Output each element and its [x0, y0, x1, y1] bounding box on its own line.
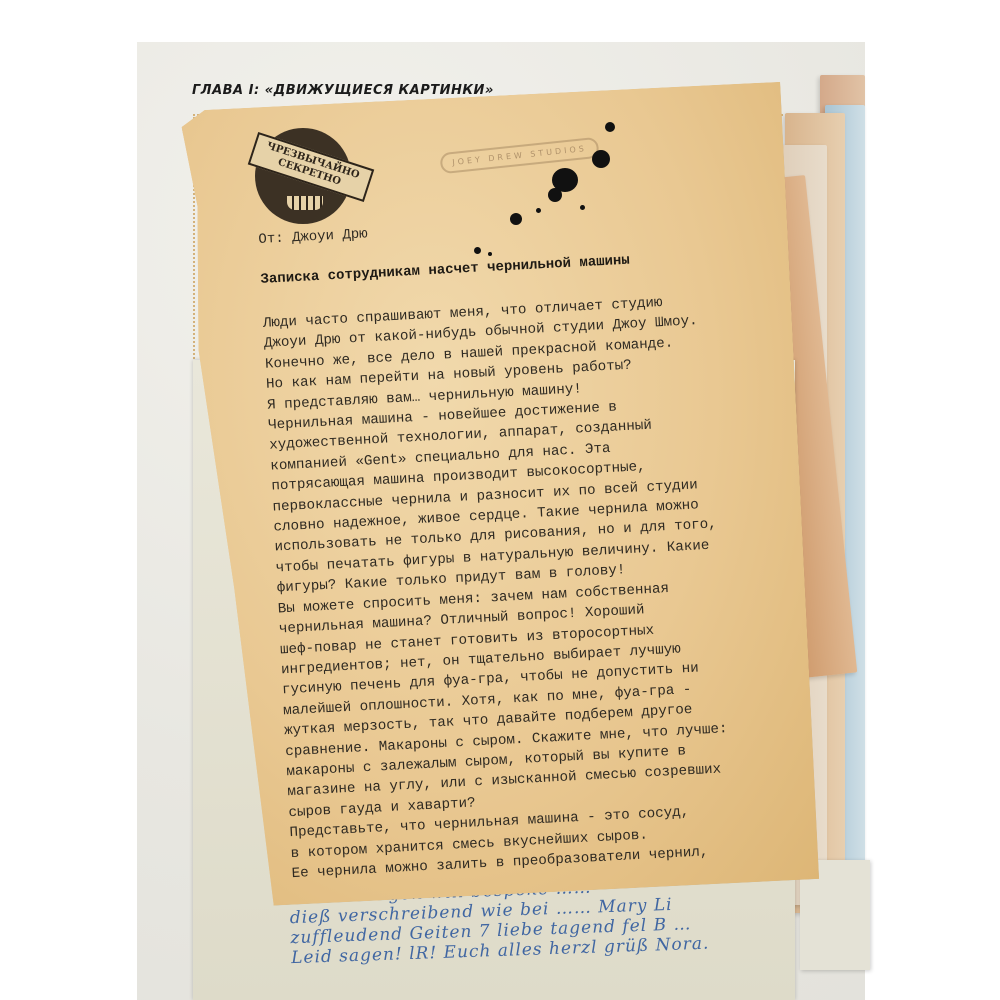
memo-subject: Записка сотрудникам насчет чернильной ма…	[260, 246, 760, 288]
stamp-teeth-icon	[287, 196, 323, 210]
memo-body: Люди часто спрашивают меня, что отличает…	[262, 288, 791, 885]
memo-content: От: Джоуи Дрю Записка сотрудникам насчет…	[258, 204, 792, 885]
chapter-header: ГЛАВА I: «ДВИЖУЩИЕСЯ КАРТИНКИ»	[192, 83, 494, 98]
